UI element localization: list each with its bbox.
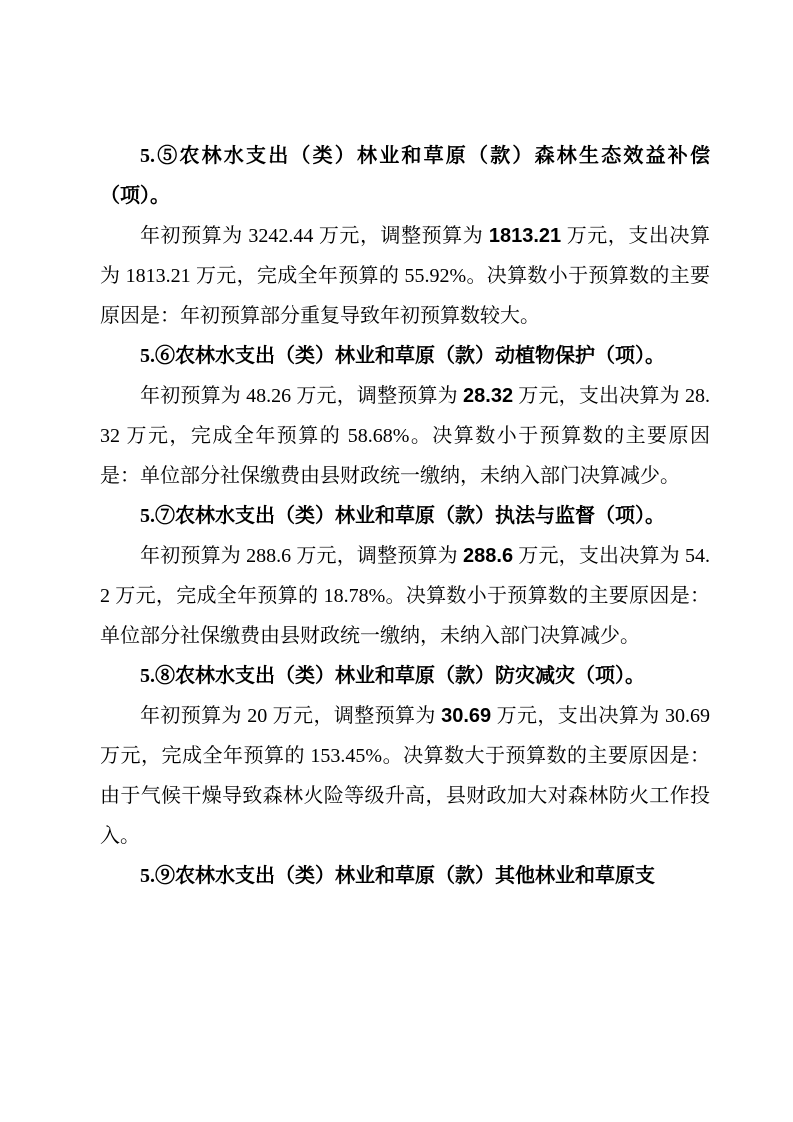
section-heading: 5.⑧农林水支出（类）林业和草原（款）防灾减灾（项）。 xyxy=(100,656,710,696)
adjusted-budget-value: 1813.21 xyxy=(489,225,561,247)
adjusted-budget-value: 288.6 xyxy=(463,545,513,567)
body-text-pre: 年初预算为 288.6 万元，调整预算为 xyxy=(140,545,463,567)
section-heading: 5.⑨农林水支出（类）林业和草原（款）其他林业和草原支 xyxy=(100,856,710,896)
section-body: 年初预算为 3242.44 万元，调整预算为 1813.21 万元，支出决算为 … xyxy=(100,216,710,336)
document-content: 5.⑤农林水支出（类）林业和草原（款）森林生态效益补偿（项）。年初预算为 324… xyxy=(100,136,710,896)
section-heading: 5.⑦农林水支出（类）林业和草原（款）执法与监督（项）。 xyxy=(100,496,710,536)
section-body: 年初预算为 288.6 万元，调整预算为 288.6 万元，支出决算为 54.2… xyxy=(100,536,710,656)
body-text-pre: 年初预算为 48.26 万元，调整预算为 xyxy=(140,385,463,407)
adjusted-budget-value: 30.69 xyxy=(441,705,491,727)
document-page: 5.⑤农林水支出（类）林业和草原（款）森林生态效益补偿（项）。年初预算为 324… xyxy=(0,0,793,1122)
adjusted-budget-value: 28.32 xyxy=(463,385,513,407)
section-heading: 5.⑤农林水支出（类）林业和草原（款）森林生态效益补偿（项）。 xyxy=(100,136,710,216)
body-text-pre: 年初预算为 3242.44 万元，调整预算为 xyxy=(140,225,489,247)
body-text-pre: 年初预算为 20 万元，调整预算为 xyxy=(140,705,441,727)
section-body: 年初预算为 20 万元，调整预算为 30.69 万元，支出决算为 30.69 万… xyxy=(100,696,710,856)
section-body: 年初预算为 48.26 万元，调整预算为 28.32 万元，支出决算为 28.3… xyxy=(100,376,710,496)
section-heading: 5.⑥农林水支出（类）林业和草原（款）动植物保护（项）。 xyxy=(100,336,710,376)
